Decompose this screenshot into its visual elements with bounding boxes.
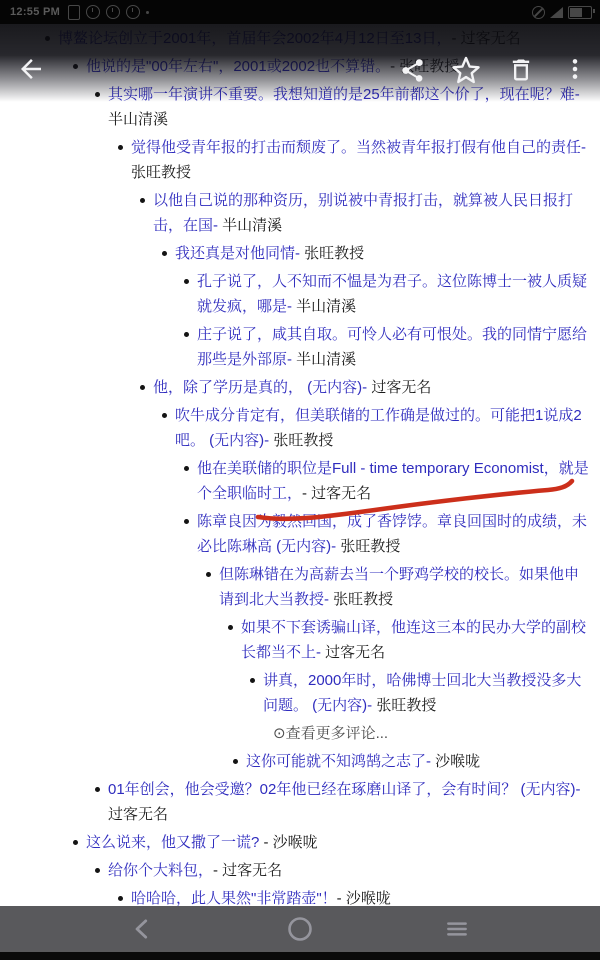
comment-item: 01年创会，他会受邀？02年他已经在琢磨山译了，会有时间？ (无内容)-过客无名 bbox=[0, 777, 600, 827]
comment-link-text[interactable]: 陈章良因为毅然回国，成了香饽饽。章良回国时的成绩，未 bbox=[197, 513, 587, 530]
comment-item: 吹牛成分肯定有，但美联储的工作确是做过的。可能把1说成2吧。 (无内容)- 张旺… bbox=[0, 403, 600, 453]
comment-item: 其实哪一年演讲不重要。我想知道的是25年前都这个价了，现在呢？难-半山清溪 bbox=[0, 82, 600, 132]
bullet-dot bbox=[162, 413, 167, 418]
bullet-dot bbox=[118, 145, 123, 150]
comment-line: 张旺教授 bbox=[131, 160, 600, 185]
delete-button[interactable] bbox=[507, 56, 535, 84]
comment-line: 以他自己说的那种资历，别说被中青报打击，就算被人民日报打 bbox=[153, 188, 600, 213]
comment-link-text[interactable]: 庄子说了，咸其自取。可怜人必有可恨处。我的同情宁愿给 bbox=[197, 326, 587, 343]
comment-link-text[interactable]: 击，在国- bbox=[153, 217, 218, 234]
comment-link-text[interactable]: 他说的是"00年左右"，2001或2002也不算错。 bbox=[86, 58, 390, 75]
comment-item: 庄子说了，咸其自取。可怜人必有可恨处。我的同情宁愿给那些是外部原- 半山清溪 bbox=[0, 322, 600, 372]
comment-line: 觉得他受青年报的打击而颓废了。当然被青年报打假有他自己的责任- bbox=[131, 135, 600, 160]
view-more-comments-link[interactable]: ⊙查看更多评论... bbox=[0, 721, 600, 746]
comment-line: 博鳌论坛创立于2001年，首届年会2002年4月12日至13日，- 过客无名 bbox=[58, 26, 600, 51]
bullet-dot bbox=[228, 625, 233, 630]
mute-icon bbox=[532, 6, 545, 19]
comment-line: 个全职临时工，- 过客无名 bbox=[197, 481, 600, 506]
comment-item: 觉得他受青年报的打击而颓废了。当然被青年报打假有他自己的责任-张旺教授 bbox=[0, 135, 600, 185]
overflow-menu-icon bbox=[562, 56, 588, 82]
bullet-dot bbox=[250, 678, 255, 683]
comment-line: 陈章良因为毅然回国，成了香饽饽。章良回国时的成绩，未 bbox=[197, 509, 600, 534]
comment-author-text: - 过客无名 bbox=[451, 30, 520, 47]
nav-back-icon bbox=[130, 916, 156, 942]
alarm-icon bbox=[126, 5, 140, 19]
comment-link-text[interactable]: 他在美联储的职位是Full - time temporary Economist… bbox=[197, 460, 589, 477]
comment-line: 必比陈琳高 (无内容)- 张旺教授 bbox=[197, 534, 600, 559]
comment-line: 讲真，2000年时，哈佛博士回北大当教授没多大 bbox=[263, 668, 600, 693]
bullet-dot bbox=[140, 385, 145, 390]
clock-text: 12:55 PM bbox=[10, 6, 60, 18]
comment-link-text[interactable]: 但陈琳错在为高薪去当一个野鸡学校的校长。如果他申 bbox=[219, 566, 579, 583]
comment-item: 讲真，2000年时，哈佛博士回北大当教授没多大问题。 (无内容)- 张旺教授 bbox=[0, 668, 600, 718]
bullet-dot bbox=[184, 466, 189, 471]
comment-link-text[interactable]: 就发疯，哪是- bbox=[197, 298, 292, 315]
comment-link-text[interactable]: 这你可能就不知鸿鹄之志了- bbox=[246, 753, 431, 770]
nav-menu-icon bbox=[444, 916, 470, 942]
comment-item: 博鳌论坛创立于2001年，首届年会2002年4月12日至13日，- 过客无名 bbox=[0, 26, 600, 51]
comment-link-text[interactable]: 他，除了学历是真的， (无内容)- bbox=[153, 379, 367, 396]
comment-author-text: 张旺教授 bbox=[131, 164, 191, 181]
comment-item: 他，除了学历是真的， (无内容)- 过客无名 bbox=[0, 375, 600, 400]
comment-line: 我还真是对他同情- 张旺教授 bbox=[175, 241, 600, 266]
alarm-icon bbox=[106, 5, 120, 19]
comment-author-text: 过客无名 bbox=[321, 644, 385, 661]
comment-item: 这么说来，他又撒了一谎? - 沙喉咙 bbox=[0, 830, 600, 855]
comment-author-text: 半山清溪 bbox=[108, 111, 168, 128]
comment-item: 这你可能就不知鸿鹄之志了- 沙喉咙 bbox=[0, 749, 600, 774]
comment-line: 他在美联储的职位是Full - time temporary Economist… bbox=[197, 456, 600, 481]
star-icon bbox=[450, 54, 482, 86]
comment-link-text[interactable]: 我还真是对他同情- bbox=[175, 245, 300, 262]
comment-link-text[interactable]: 讲真，2000年时，哈佛博士回北大当教授没多大 bbox=[263, 672, 581, 689]
nav-back-button[interactable] bbox=[130, 916, 156, 942]
comment-author-text: - 过客无名 bbox=[302, 485, 371, 502]
back-button[interactable] bbox=[16, 54, 46, 84]
comment-link-text[interactable]: 吹牛成分肯定有，但美联储的工作确是做过的。可能把1说成2 bbox=[175, 407, 582, 424]
bullet-dot bbox=[206, 572, 211, 577]
comment-link-text[interactable]: 问题。 (无内容)- bbox=[263, 697, 372, 714]
comment-author-text: 张旺教授 bbox=[336, 538, 400, 555]
comment-line: 吧。 (无内容)- 张旺教授 bbox=[175, 428, 600, 453]
comment-link-text[interactable]: 01年创会，他会受邀？02年他已经在琢磨山译了，会有时间？ (无内容)- bbox=[108, 781, 581, 798]
comment-line: 请到北大当教授- 张旺教授 bbox=[219, 587, 600, 612]
comment-item: 以他自己说的那种资历，别说被中青报打击，就算被人民日报打击，在国- 半山清溪 bbox=[0, 188, 600, 238]
comment-link-text[interactable]: 这么说来，他又撒了一谎? bbox=[86, 834, 259, 851]
comment-link-text[interactable]: 必比陈琳高 (无内容)- bbox=[197, 538, 336, 555]
bullet-dot bbox=[118, 896, 123, 901]
comment-thread: 博鳌论坛创立于2001年，首届年会2002年4月12日至13日，- 过客无名他说… bbox=[0, 0, 600, 960]
comment-item: 他在美联储的职位是Full - time temporary Economist… bbox=[0, 456, 600, 506]
bullet-dot bbox=[73, 840, 78, 845]
comment-item: 陈章良因为毅然回国，成了香饽饽。章良回国时的成绩，未必比陈琳高 (无内容)- 张… bbox=[0, 509, 600, 559]
comment-author-text: 张旺教授 bbox=[269, 432, 333, 449]
comment-link-text[interactable]: 如果不下套诱骗山译，他连这三本的民办大学的副校 bbox=[241, 619, 586, 636]
nav-home-button[interactable] bbox=[286, 915, 314, 943]
comment-link-text[interactable]: 博鳌论坛创立于2001年，首届年会2002年4月12日至13日， bbox=[58, 30, 451, 47]
comment-line: 这么说来，他又撒了一谎? - 沙喉咙 bbox=[86, 830, 600, 855]
comment-author-text: 过客无名 bbox=[367, 379, 431, 396]
overflow-menu-button[interactable] bbox=[562, 56, 588, 82]
bullet-dot bbox=[95, 92, 100, 97]
battery-icon bbox=[568, 6, 592, 19]
bullet-dot bbox=[45, 36, 50, 41]
comment-line: 给你个大料包，- 过客无名 bbox=[108, 858, 600, 883]
bullet-dot bbox=[95, 868, 100, 873]
comment-line: 吹牛成分肯定有，但美联储的工作确是做过的。可能把1说成2 bbox=[175, 403, 600, 428]
comment-link-text[interactable]: 那些是外部原- bbox=[197, 351, 292, 368]
dot-icon bbox=[146, 11, 149, 14]
bullet-dot bbox=[233, 759, 238, 764]
comment-line: 01年创会，他会受邀？02年他已经在琢磨山译了，会有时间？ (无内容)- bbox=[108, 777, 600, 802]
comment-line: 其实哪一年演讲不重要。我想知道的是25年前都这个价了，现在呢？难- bbox=[108, 82, 600, 107]
comment-item: 孔子说了，人不知而不愠是为君子。这位陈博士一被人质疑就发疯，哪是- 半山清溪 bbox=[0, 269, 600, 319]
comment-line: 如果不下套诱骗山译，他连这三本的民办大学的副校 bbox=[241, 615, 600, 640]
comment-line: 但陈琳错在为高薪去当一个野鸡学校的校长。如果他申 bbox=[219, 562, 600, 587]
comment-author-text: - 沙喉咙 bbox=[259, 834, 317, 851]
comment-author-text: - 沙喉咙 bbox=[337, 890, 391, 907]
comment-author-text: 过客无名 bbox=[108, 806, 168, 823]
bullet-dot bbox=[184, 519, 189, 524]
comment-line: 击，在国- 半山清溪 bbox=[153, 213, 600, 238]
comment-line: 那些是外部原- 半山清溪 bbox=[197, 347, 600, 372]
comment-line: 庄子说了，咸其自取。可怜人必有可恨处。我的同情宁愿给 bbox=[197, 322, 600, 347]
comment-link-text[interactable]: 吧。 (无内容)- bbox=[175, 432, 269, 449]
notification-icon bbox=[68, 5, 80, 20]
comment-line: 孔子说了，人不知而不愠是为君子。这位陈博士一被人质疑 bbox=[197, 269, 600, 294]
comment-line: 他，除了学历是真的， (无内容)- 过客无名 bbox=[153, 375, 600, 400]
comment-line: 这你可能就不知鸿鹄之志了- 沙喉咙 bbox=[246, 749, 600, 774]
comment-item: 我还真是对他同情- 张旺教授 bbox=[0, 241, 600, 266]
comment-author-text: - 过客无名 bbox=[213, 862, 282, 879]
bullet-dot bbox=[140, 198, 145, 203]
comment-item: 给你个大料包，- 过客无名 bbox=[0, 858, 600, 883]
comment-line: 长都当不上- 过客无名 bbox=[241, 640, 600, 665]
share-button[interactable] bbox=[399, 57, 426, 84]
comment-item: 如果不下套诱骗山译，他连这三本的民办大学的副校长都当不上- 过客无名 bbox=[0, 615, 600, 665]
bullet-dot bbox=[73, 64, 78, 69]
comment-item: 但陈琳错在为高薪去当一个野鸡学校的校长。如果他申请到北大当教授- 张旺教授 bbox=[0, 562, 600, 612]
comment-link-text[interactable]: 孔子说了，人不知而不愠是为君子。这位陈博士一被人质疑 bbox=[197, 273, 587, 290]
comment-link-text[interactable]: 长都当不上- bbox=[241, 644, 321, 661]
comment-author-text: 半山清溪 bbox=[218, 217, 282, 234]
comment-author-text: 半山清溪 bbox=[292, 298, 356, 315]
comment-link-text[interactable]: 以他自己说的那种资历，别说被中青报打击，就算被人民日报打 bbox=[153, 192, 573, 209]
comment-line: 问题。 (无内容)- 张旺教授 bbox=[263, 693, 600, 718]
comment-line: 就发疯，哪是- 半山清溪 bbox=[197, 294, 600, 319]
status-bar: 12:55 PM bbox=[0, 0, 600, 24]
comment-line: 半山清溪 bbox=[108, 107, 600, 132]
comment-author-text: 张旺教授 bbox=[300, 245, 364, 262]
comment-author-text: 张旺教授 bbox=[329, 591, 393, 608]
comment-link-text[interactable]: 其实哪一年演讲不重要。我想知道的是25年前都这个价了，现在呢？难- bbox=[108, 86, 580, 103]
nav-home-circle-icon bbox=[286, 915, 314, 943]
trash-icon bbox=[507, 56, 535, 84]
comment-link-text[interactable]: 给你个大料包， bbox=[108, 862, 213, 879]
alarm-icon bbox=[86, 5, 100, 19]
comment-author-text: 沙喉咙 bbox=[431, 753, 480, 770]
comment-link-text[interactable]: 个全职临时工， bbox=[197, 485, 302, 502]
share-icon bbox=[399, 57, 426, 84]
star-button[interactable] bbox=[450, 54, 482, 86]
comment-link-text[interactable]: 觉得他受青年报的打击而颓废了。当然被青年报打假有他自己的责任- bbox=[131, 139, 586, 156]
comment-link-text[interactable]: 哈哈哈，此人果然"非常踏壶"！ bbox=[131, 890, 337, 907]
nav-bar-bottom-strip bbox=[0, 952, 600, 960]
bullet-dot bbox=[95, 787, 100, 792]
bullet-dot bbox=[184, 279, 189, 284]
bullet-dot bbox=[184, 332, 189, 337]
comment-author-text: 半山清溪 bbox=[292, 351, 356, 368]
comment-link-text[interactable]: 请到北大当教授- bbox=[219, 591, 329, 608]
bullet-dot bbox=[162, 251, 167, 256]
comment-author-text: 张旺教授 bbox=[372, 697, 436, 714]
navigation-bar bbox=[0, 906, 600, 952]
nav-menu-button[interactable] bbox=[444, 916, 470, 942]
back-arrow-icon bbox=[16, 54, 46, 84]
signal-icon bbox=[550, 7, 563, 18]
comment-line: 过客无名 bbox=[108, 802, 600, 827]
